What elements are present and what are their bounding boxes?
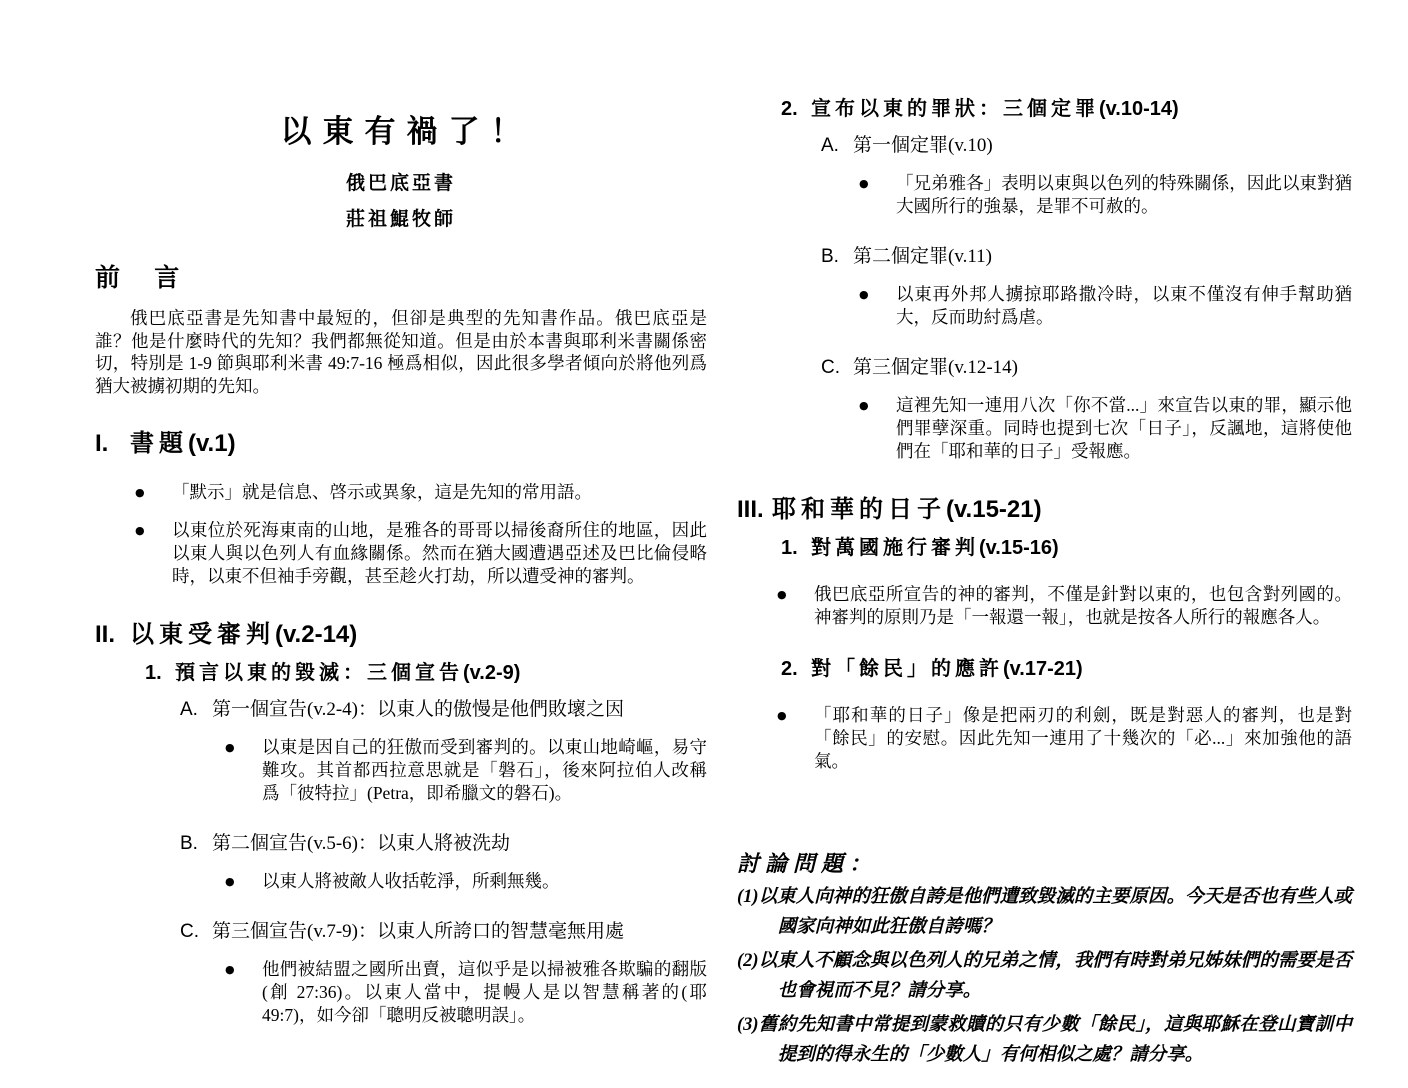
verse-ref: (v.15-21) [946,496,1042,524]
bullet-text: 他們被結盟之國所出賣，這似乎是以掃被雅各欺騙的翻版(創 27:36)。以東人當中… [262,958,707,1027]
section-number: III. [737,496,772,524]
subsection-title: 對萬國施行審判 [811,531,979,560]
discussion-section: 討論問題： (1)以東人向神的狂傲自誇是他們遭致毀滅的主要原因。今天是否也有些人… [737,847,1352,1070]
page-title: 以東有禍了！ [95,106,718,151]
bullet-item: ● 這裡先知一連用八次「你不當...」來宣告以東的罪，顯示他們罪孽深重。同時也提… [737,394,1352,463]
preface-heading: 前 言 [95,258,707,294]
bullet-marker: ● [777,704,814,773]
bullet-text: 「兄弟雅各」表明以東與以色列的特殊關係，因此以東對猶大國所行的強暴，是罪不可赦的… [896,172,1352,218]
outline-label: 第一個宣告(v.2-4)：以東人的傲慢是他們敗壞之因 [212,694,624,721]
verse-ref: (v.2-14) [275,621,357,649]
bullet-item: ● 以東位於死海東南的山地，是雅各的哥哥以掃後裔所住的地區，因此以東人與以色列人… [95,519,707,588]
bullet-text: 以東人將被敵人收括乾淨，所剩無幾。 [262,870,707,893]
subsection-title: 對「餘民」的應許 [811,652,1003,681]
bullet-item: ● 「默示」就是信息、啓示或異象，這是先知的常用語。 [95,481,707,504]
outline-letter: B. [180,833,212,855]
discussion-question-3: (3)舊約先知書中常提到蒙救贖的只有少數「餘民」，這與耶穌在登山寶訓中提到的得永… [737,1010,1352,1070]
bullet-marker: ● [777,583,814,629]
bullet-marker: ● [135,519,172,588]
bullet-item: ● 「兄弟雅各」表明以東與以色列的特殊關係，因此以東對猶大國所行的強暴，是罪不可… [737,172,1352,218]
preface-paragraph: 俄巴底亞書是先知書中最短的，但卻是典型的先知書作品。俄巴底亞是誰？他是什麼時代的… [95,307,707,397]
bullet-marker: ● [859,283,896,329]
outline-item-b: B. 第二個定罪(v.11) [737,241,1352,268]
outline-item-b: B. 第二個宣告(v.5-6)：以東人將被洗劫 [95,828,707,855]
bullet-marker: ● [225,870,262,893]
verse-ref: (v.1) [188,430,236,458]
discussion-heading: 討論問題： [737,847,1352,878]
subsection-number: 1. [145,662,175,685]
doc-subtitle: 俄巴底亞書 [95,168,707,195]
subsection-heading: 2. 宣布以東的罪狀：三個定罪 (v.10-14) [737,92,1352,121]
right-column: 2. 宣布以東的罪狀：三個定罪 (v.10-14) A. 第一個定罪(v.10)… [737,92,1352,1070]
subsection-title: 預言以東的毀滅：三個宣告 [175,656,463,685]
verse-ref: (v.15-16) [979,537,1059,560]
bullet-item: ● 他們被結盟之國所出賣，這似乎是以掃被雅各欺騙的翻版(創 27:36)。以東人… [95,958,707,1027]
outline-letter: A. [821,135,853,157]
section-title: 書題 [130,423,188,458]
bullet-item: ● 俄巴底亞所宣告的神的審判，不僅是針對以東的，也包含對列國的。神審判的原則乃是… [737,583,1352,629]
section-heading-3: III. 耶和華的日子 (v.15-21) [737,489,1352,524]
section-title: 以東受審判 [130,614,275,649]
outline-label: 第三個定罪(v.12-14) [853,352,1018,379]
bullet-marker: ● [859,172,896,218]
bullet-text: 「耶和華的日子」像是把兩刃的利劍，既是對惡人的審判，也是對「餘民」的安慰。因此先… [814,704,1352,773]
bullet-text: 以東是因自己的狂傲而受到審判的。以東山地崎嶇，易守難攻。其首都西拉意思就是「磐石… [262,736,707,805]
outline-letter: A. [180,699,212,721]
bullet-text: 俄巴底亞所宣告的神的審判，不僅是針對以東的，也包含對列國的。神審判的原則乃是「一… [814,583,1352,629]
bullet-marker: ● [225,958,262,1027]
discussion-question-2: (2)以東人不顧念與以色列人的兄弟之情，我們有時對弟兄姊妹們的需要是否也會視而不… [737,946,1352,1006]
outline-letter: C. [821,357,853,379]
verse-ref: (v.17-21) [1003,658,1083,681]
document-page: 以東有禍了！ 俄巴底亞書 莊祖鯤牧師 前 言 俄巴底亞書是先知書中最短的，但卻是… [0,0,1408,1088]
section-title: 耶和華的日子 [772,489,946,524]
subsection-number: 2. [781,98,811,121]
bullet-text: 以東再外邦人擄掠耶路撒冷時，以東不僅沒有伸手幫助猶大，反而助紂爲虐。 [896,283,1352,329]
verse-ref: (v.2-9) [463,662,520,685]
bullet-item: ● 以東人將被敵人收括乾淨，所剩無幾。 [95,870,707,893]
subsection-number: 2. [781,658,811,681]
section-number: I. [95,430,130,458]
outline-item-c: C. 第三個定罪(v.12-14) [737,352,1352,379]
bullet-item: ● 以東是因自己的狂傲而受到審判的。以東山地崎嶇，易守難攻。其首都西拉意思就是「… [95,736,707,805]
bullet-marker: ● [135,481,172,504]
subsection-heading: 1. 預言以東的毀滅：三個宣告 (v.2-9) [95,656,707,685]
left-column: 以東有禍了！ 俄巴底亞書 莊祖鯤牧師 前 言 俄巴底亞書是先知書中最短的，但卻是… [95,106,707,1027]
outline-label: 第一個定罪(v.10) [853,130,993,157]
outline-label: 第二個宣告(v.5-6)：以東人將被洗劫 [212,828,510,855]
section-number: II. [95,621,130,649]
outline-label: 第三個宣告(v.7-9)：以東人所誇口的智慧毫無用處 [212,916,624,943]
outline-letter: C. [180,921,212,943]
discussion-question-1: (1)以東人向神的狂傲自誇是他們遭致毀滅的主要原因。今天是否也有些人或國家向神如… [737,882,1352,942]
section-heading-2: II. 以東受審判 (v.2-14) [95,614,707,649]
subsection-heading: 1. 對萬國施行審判 (v.15-16) [737,531,1352,560]
outline-item-a: A. 第一個宣告(v.2-4)：以東人的傲慢是他們敗壞之因 [95,694,707,721]
bullet-item: ● 「耶和華的日子」像是把兩刃的利劍，既是對惡人的審判，也是對「餘民」的安慰。因… [737,704,1352,773]
bullet-item: ● 以東再外邦人擄掠耶路撒冷時，以東不僅沒有伸手幫助猶大，反而助紂爲虐。 [737,283,1352,329]
verse-ref: (v.10-14) [1099,98,1179,121]
bullet-marker: ● [225,736,262,805]
section-heading-1: I. 書題 (v.1) [95,423,707,458]
outline-item-a: A. 第一個定罪(v.10) [737,130,1352,157]
bullet-text: 「默示」就是信息、啓示或異象，這是先知的常用語。 [172,481,707,504]
bullet-marker: ● [859,394,896,463]
bullet-text: 這裡先知一連用八次「你不當...」來宣告以東的罪，顯示他們罪孽深重。同時也提到七… [896,394,1352,463]
doc-author: 莊祖鯤牧師 [95,204,707,231]
bullet-text: 以東位於死海東南的山地，是雅各的哥哥以掃後裔所住的地區，因此以東人與以色列人有血… [172,519,707,588]
outline-label: 第二個定罪(v.11) [853,241,992,268]
subsection-heading: 2. 對「餘民」的應許 (v.17-21) [737,652,1352,681]
subsection-number: 1. [781,537,811,560]
outline-letter: B. [821,246,853,268]
subsection-title: 宣布以東的罪狀：三個定罪 [811,92,1099,121]
outline-item-c: C. 第三個宣告(v.7-9)：以東人所誇口的智慧毫無用處 [95,916,707,943]
